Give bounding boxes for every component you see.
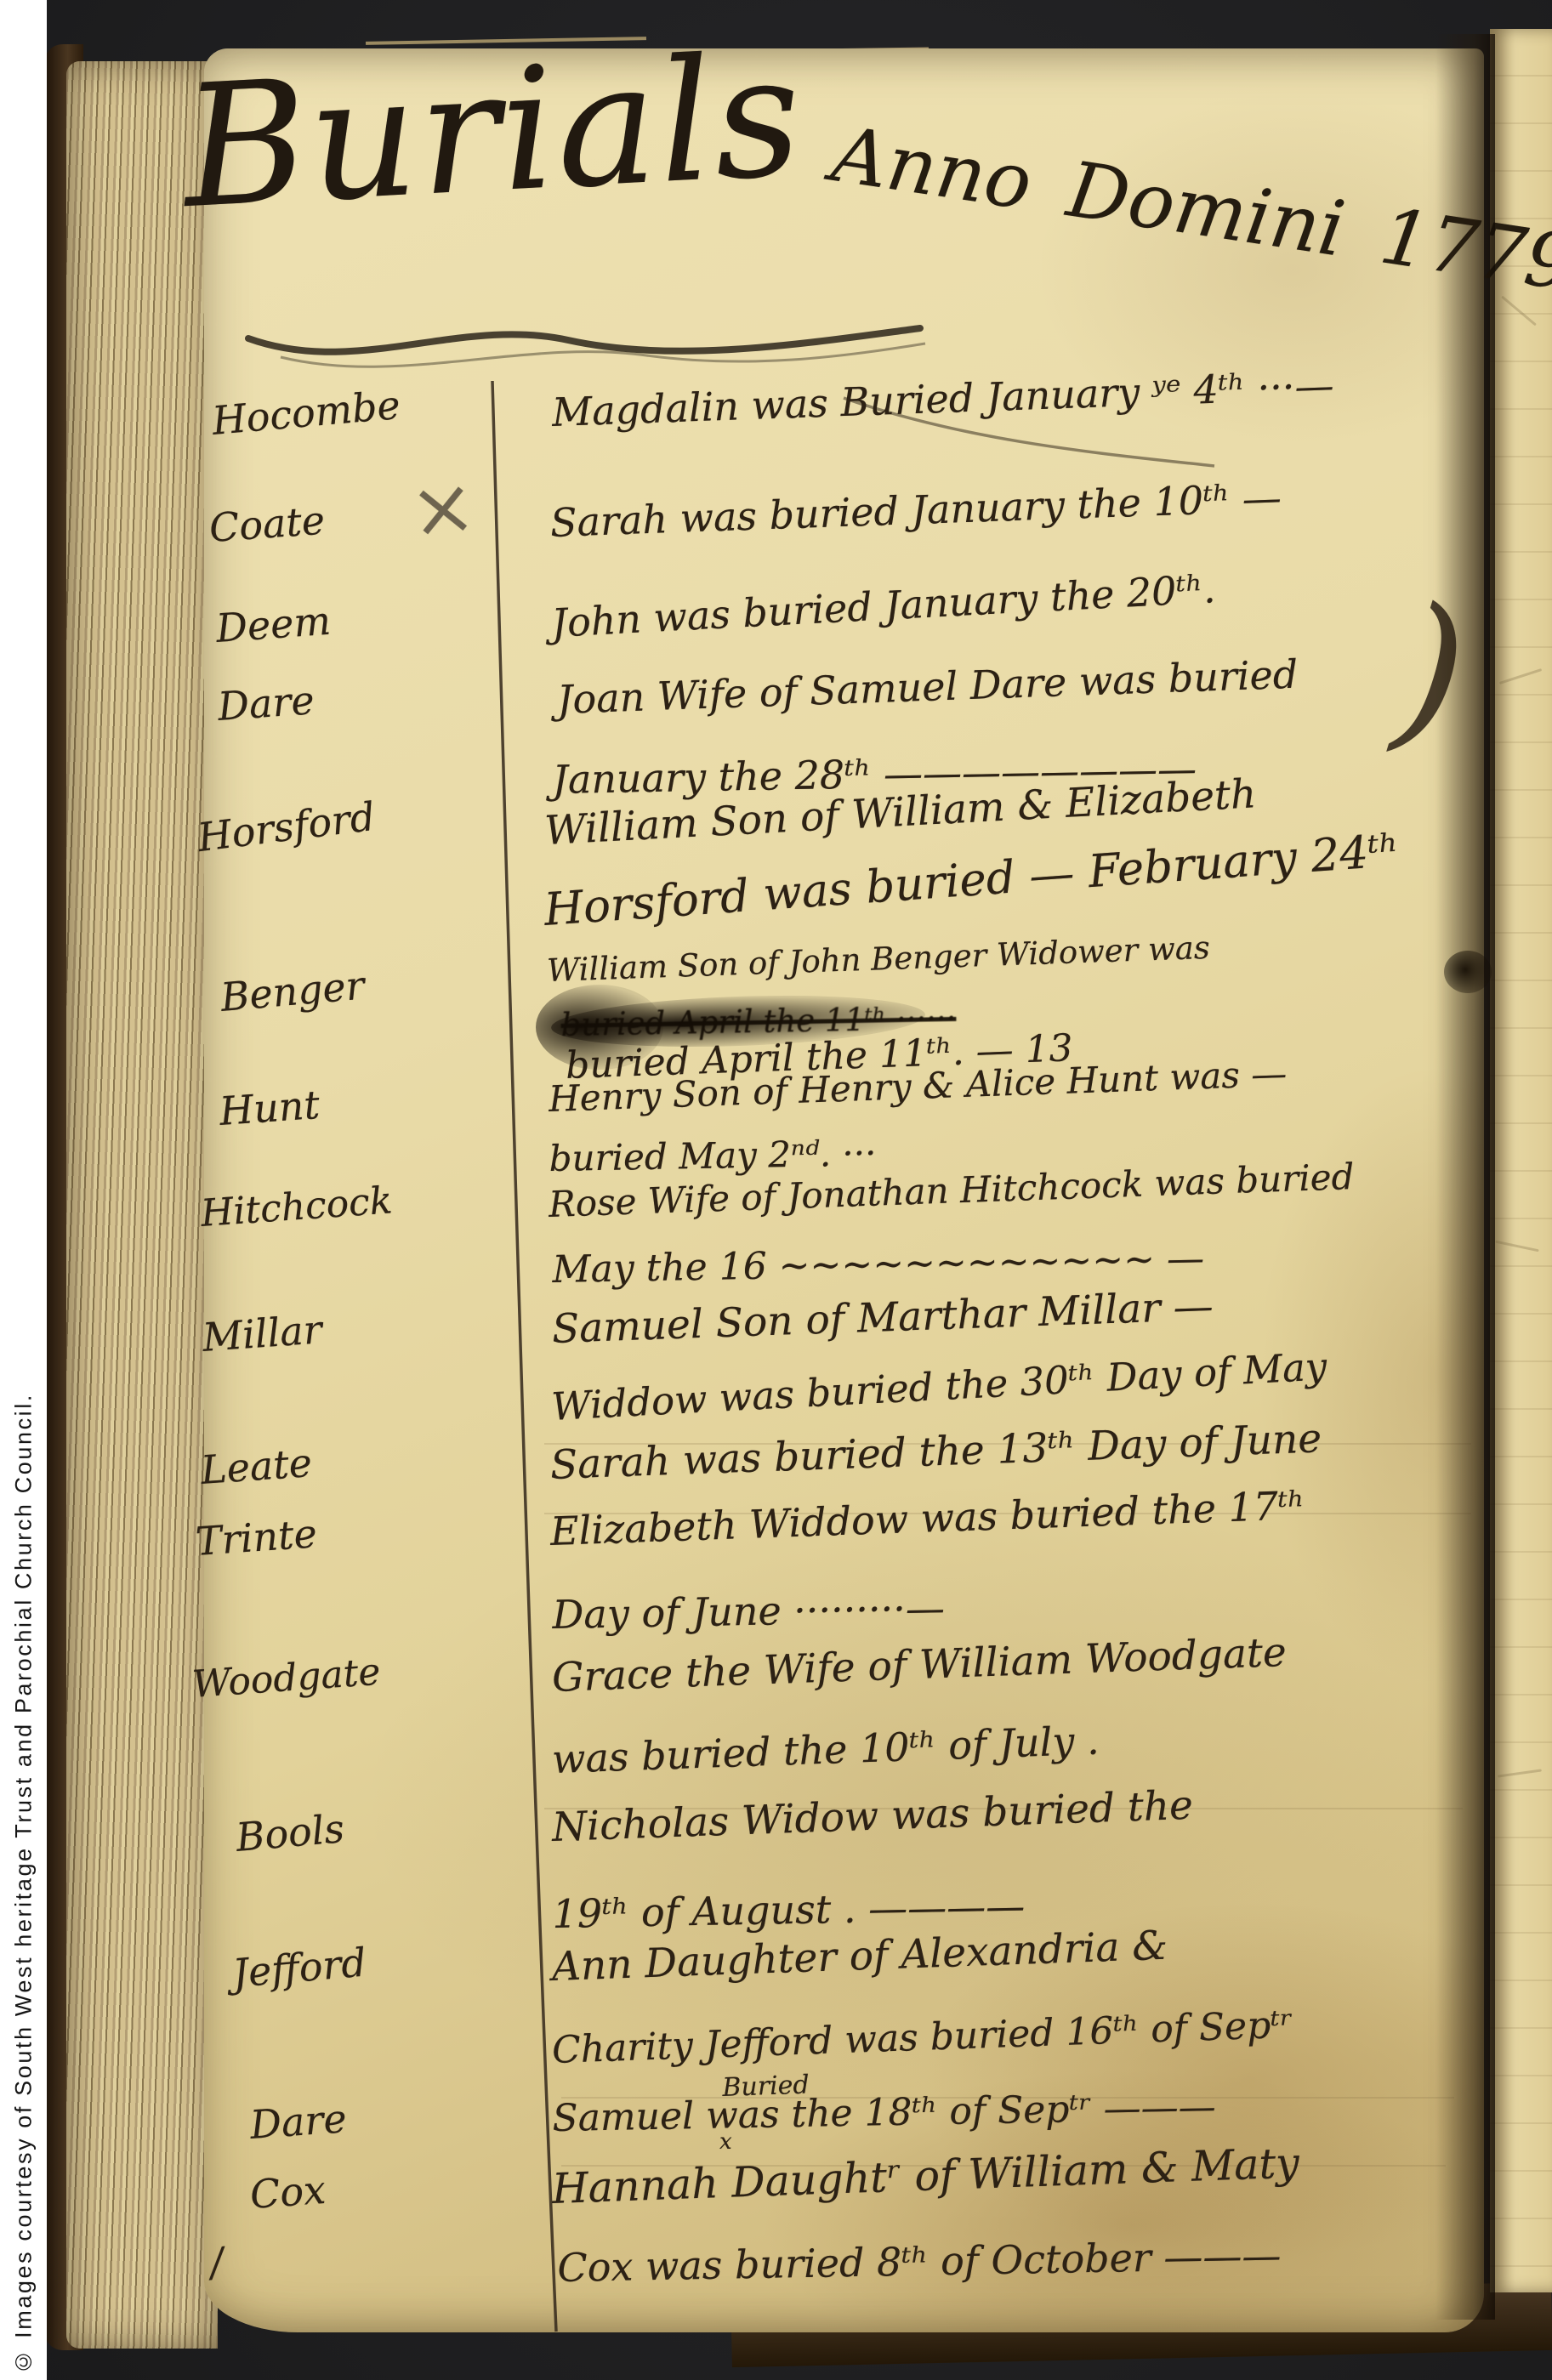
page-stack-edges [66, 61, 218, 2349]
ink-blot [1444, 951, 1492, 993]
record-surname: Trinte [194, 1510, 318, 1565]
record-line: Day of June ·········— [552, 1585, 945, 1638]
page-title: Burials [179, 17, 807, 246]
insertion-caret: x [719, 2129, 732, 2155]
ghost-writing-mark [1498, 1769, 1542, 1777]
record-surname: Dare [248, 2095, 348, 2148]
record-line: buried May 2ⁿᵈ. ··· [549, 1132, 877, 1179]
copyright-text: © Images courtesy of South West heritage… [10, 1393, 37, 2375]
inserted-word: Buried [722, 2070, 810, 2103]
record-surname: Dare [216, 677, 316, 730]
register-scan: Burials Anno Domini 1779 HocombeMagdalin… [0, 0, 1552, 2380]
copyright-strip: © Images courtesy of South West heritage… [0, 0, 47, 2380]
record-surname: Hunt [218, 1082, 321, 1134]
record-line: 19ᵗʰ of August . ———— [552, 1883, 1025, 1937]
ghost-writing-mark [1495, 1241, 1538, 1252]
facing-page-sliver [1490, 29, 1552, 2292]
record-surname: Leate [199, 1440, 313, 1493]
record-surname: Bools [234, 1805, 346, 1860]
ghost-writing-mark [1499, 668, 1542, 684]
record-surname: Deem [214, 598, 332, 651]
record-surname: Cox [248, 2167, 327, 2218]
record-surname: Coate [208, 497, 326, 551]
record-surname: Millar [201, 1306, 323, 1360]
marginal-mark: × [406, 460, 480, 557]
ink-scribble [536, 985, 663, 1070]
